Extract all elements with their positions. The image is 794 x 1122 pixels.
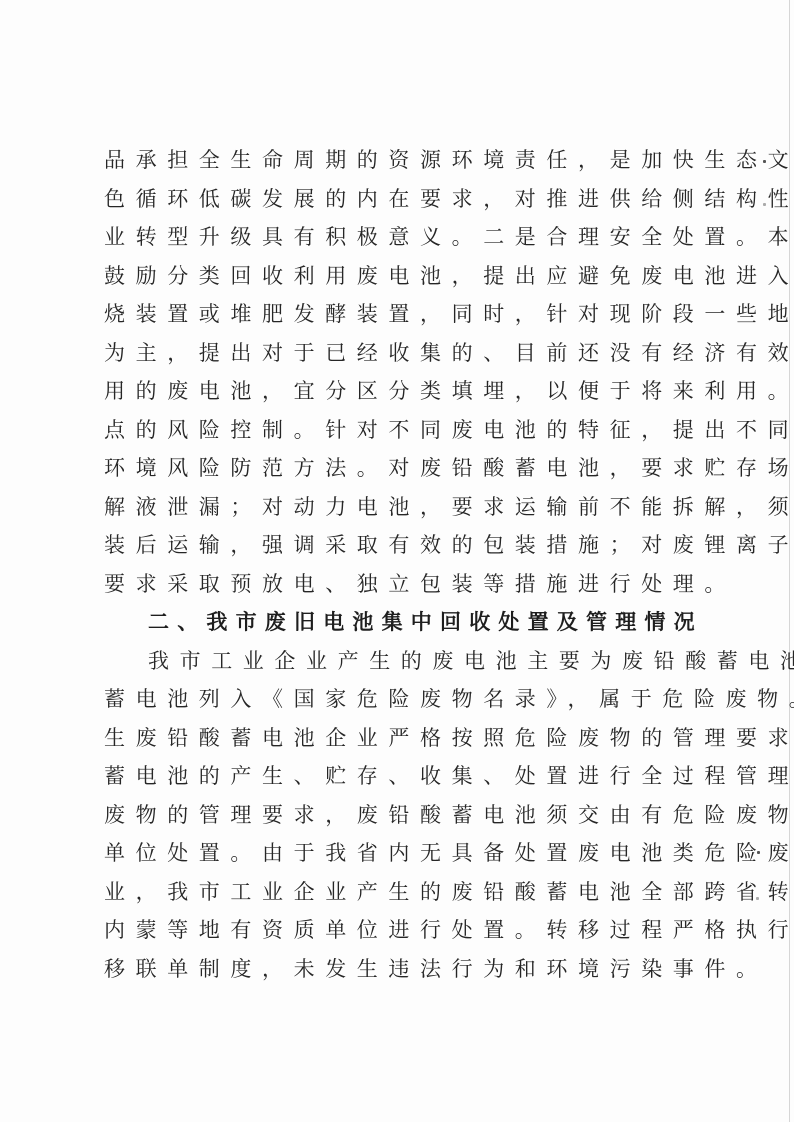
text-line: 移联单制度，未发生违法行为和环境污染事件。 [104, 950, 694, 989]
text-line: 点的风险控制。针对不同废电池的特征，提出不同污染节点的 [104, 411, 694, 450]
paragraph-city-management: 我市工业企业产生的废电池主要为废铅酸蓄电池，废铅酸 蓄电池列入《国家危险废物名录… [104, 642, 694, 989]
text-line: 业，我市工业企业产生的废铅酸蓄电池全部跨省转移至天津、 [104, 873, 694, 912]
text-line: 内蒙等地有资质单位进行处置。转移过程严格执行危险废物转 [104, 911, 694, 950]
text-line: 生废铅酸蓄电池企业严格按照危险废物的管理要求，对废铅酸 [104, 719, 694, 758]
text-line: 蓄电池列入《国家危险废物名录》，属于危险废物。我局要求产 [104, 680, 694, 719]
scanned-page: 品承担全生命周期的资源环境责任，是加快生态文明建设和绿 色循环低碳发展的内在要求… [0, 0, 794, 1122]
text-line: 解液泄漏；对动力电池，要求运输前不能拆解，须经过专业包 [104, 488, 694, 527]
text-line: 装后运输，强调采取有效的包装措施；对废锂离子电池运输前 [104, 526, 694, 565]
text-line: 环境风险防范方法。对废铅酸蓄电池，要求贮存场所应防止电 [104, 449, 694, 488]
paragraph-policy-summary: 品承担全生命周期的资源环境责任，是加快生态文明建设和绿 色循环低碳发展的内在要求… [104, 141, 694, 603]
text-line: 废物的管理要求，废铅酸蓄电池须交由有危险废物处置资质的 [104, 796, 694, 835]
text-line: 单位处置。由于我省内无具备处置废电池类危险废物资质的企 [104, 834, 694, 873]
text-line: 业转型升级具有积极意义。二是合理安全处置。本政策总体上 [104, 218, 694, 257]
text-line: 鼓励分类回收利用废电池，提出应避免废电池进入生活垃圾焚 [104, 257, 694, 296]
text-line: 色循环低碳发展的内在要求，对推进供给侧结构性改革和制造 [104, 180, 694, 219]
text-line: 用的废电池，宜分区分类填埋，以便于将来利用。三是关键节 [104, 372, 694, 411]
text-line: 要求采取预放电、独立包装等措施进行处理。 [104, 565, 694, 604]
text-line: 品承担全生命周期的资源环境责任，是加快生态文明建设和绿 [104, 141, 694, 180]
text-line: 烧装置或堆肥发酵装置，同时，针对现阶段一些地方仍以填埋 [104, 295, 694, 334]
text-line: 我市工业企业产生的废电池主要为废铅酸蓄电池，废铅酸 [104, 642, 694, 681]
text-line: 为主，提出对于已经收集的、目前还没有经济有效手段进行利 [104, 334, 694, 373]
text-line: 蓄电池的产生、贮存、收集、处置进行全过程管理。按照危险 [104, 757, 694, 796]
document-body: 品承担全生命周期的资源环境责任，是加快生态文明建设和绿 色循环低碳发展的内在要求… [104, 141, 694, 988]
section-heading: 二、我市废旧电池集中回收处置及管理情况 [104, 603, 694, 642]
